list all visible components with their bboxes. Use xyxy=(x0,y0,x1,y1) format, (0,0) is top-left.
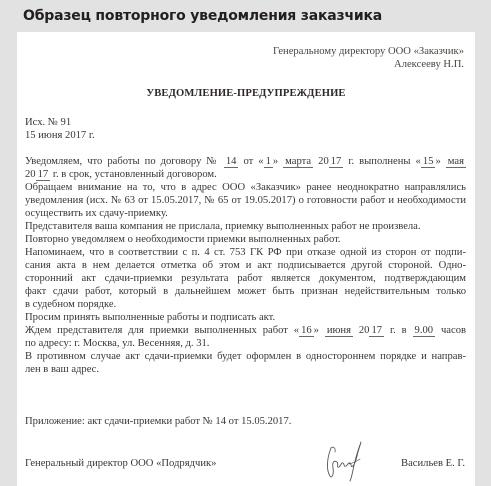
text-fragment: г. в срок, установленный договором. xyxy=(53,169,217,180)
contract-day-field: 1 xyxy=(264,156,273,168)
document-paper: Генеральному директору ООО «Заказчик» Ал… xyxy=(17,32,475,486)
signer-name: Васильев Е. Г. xyxy=(401,457,465,470)
body-line: сания акта в нем делается отметка об это… xyxy=(25,259,466,272)
body-line: Представителя ваша компания не прислала,… xyxy=(25,220,466,233)
outgoing-number: Исх. № 91 xyxy=(25,116,95,129)
text-fragment: » xyxy=(273,156,278,167)
attachment-note: Приложение: акт сдачи-приемки работ № 14… xyxy=(25,415,291,428)
body-line: факт сдачи работ, который в дальнейшем м… xyxy=(25,285,466,298)
document-heading: УВЕДОМЛЕНИЕ-ПРЕДУПРЕЖДЕНИЕ xyxy=(17,87,475,100)
body-line: уведомления (исх. № 63 от 15.05.2017, № … xyxy=(25,194,466,207)
done-day-field: 15 xyxy=(421,156,436,168)
meeting-day-field: 16 xyxy=(299,325,314,337)
meeting-time-field: 9.00 xyxy=(413,325,436,337)
body-line: Напоминаем, что в соответствии с п. 4 ст… xyxy=(25,246,466,259)
meeting-month-field: июня xyxy=(325,325,353,337)
body-line: лен в ваш адрес. xyxy=(25,363,466,376)
body-line: сторонний акт сдачи-приемки результата р… xyxy=(25,272,466,285)
body-line: В противном случае акт сдачи-приемки буд… xyxy=(25,350,466,363)
paragraph-notice-line-1: Уведомляем, что работы по договору № 14 … xyxy=(25,155,466,168)
addressee-line-1: Генеральному директору ООО «Заказчик» xyxy=(273,45,464,58)
done-month-field: мая xyxy=(446,156,466,168)
signer-title: Генеральный директор ООО «Подрядчик» xyxy=(25,457,216,470)
body-line: Просим принять выполненные работы и подп… xyxy=(25,311,466,324)
paragraph-notice-line-2: 2017 г. в срок, установленный договором. xyxy=(25,168,466,181)
text-fragment: » xyxy=(314,325,319,336)
addressee-line-2: Алексееву Н.П. xyxy=(273,58,464,71)
body-line: осуществить их сдачу-приемку. xyxy=(25,207,466,220)
text-fragment: » xyxy=(435,156,440,167)
text-fragment: Уведомляем, что работы по договору № xyxy=(25,156,219,167)
text-fragment: от « xyxy=(243,156,263,167)
contract-month-field: марта xyxy=(283,156,313,168)
outgoing-date: 15 июня 2017 г. xyxy=(25,129,95,142)
paragraph-meeting-line-2: по адресу: г. Москва, ул. Весенняя, д. 3… xyxy=(25,337,466,350)
text-fragment: часов xyxy=(441,325,466,336)
body-line: Повторно уведомляем о необходимости прие… xyxy=(25,233,466,246)
meeting-year-field: 17 xyxy=(369,325,384,337)
done-year-field: 17 xyxy=(36,169,51,181)
document-body: Уведомляем, что работы по договору № 14 … xyxy=(25,155,466,376)
addressee-block: Генеральному директору ООО «Заказчик» Ал… xyxy=(273,45,464,71)
signature-icon xyxy=(322,434,366,482)
text-fragment: 20 xyxy=(318,156,329,167)
text-fragment: Ждем представителя для приемки выполненн… xyxy=(25,325,299,336)
text-fragment: г. выполнены « xyxy=(348,156,421,167)
contract-year-field: 17 xyxy=(329,156,344,168)
text-fragment: 20 xyxy=(25,169,36,180)
outgoing-reference: Исх. № 91 15 июня 2017 г. xyxy=(25,116,95,142)
contract-number-field: 14 xyxy=(224,156,239,168)
body-line: в судебном порядке. xyxy=(25,298,466,311)
text-fragment: г. в xyxy=(390,325,407,336)
body-line: Обращаем внимание на то, что в адрес ООО… xyxy=(25,181,466,194)
page-title: Образец повторного уведомления заказчика xyxy=(23,8,382,24)
paragraph-meeting-line-1: Ждем представителя для приемки выполненн… xyxy=(25,324,466,337)
text-fragment: 20 xyxy=(359,325,370,336)
